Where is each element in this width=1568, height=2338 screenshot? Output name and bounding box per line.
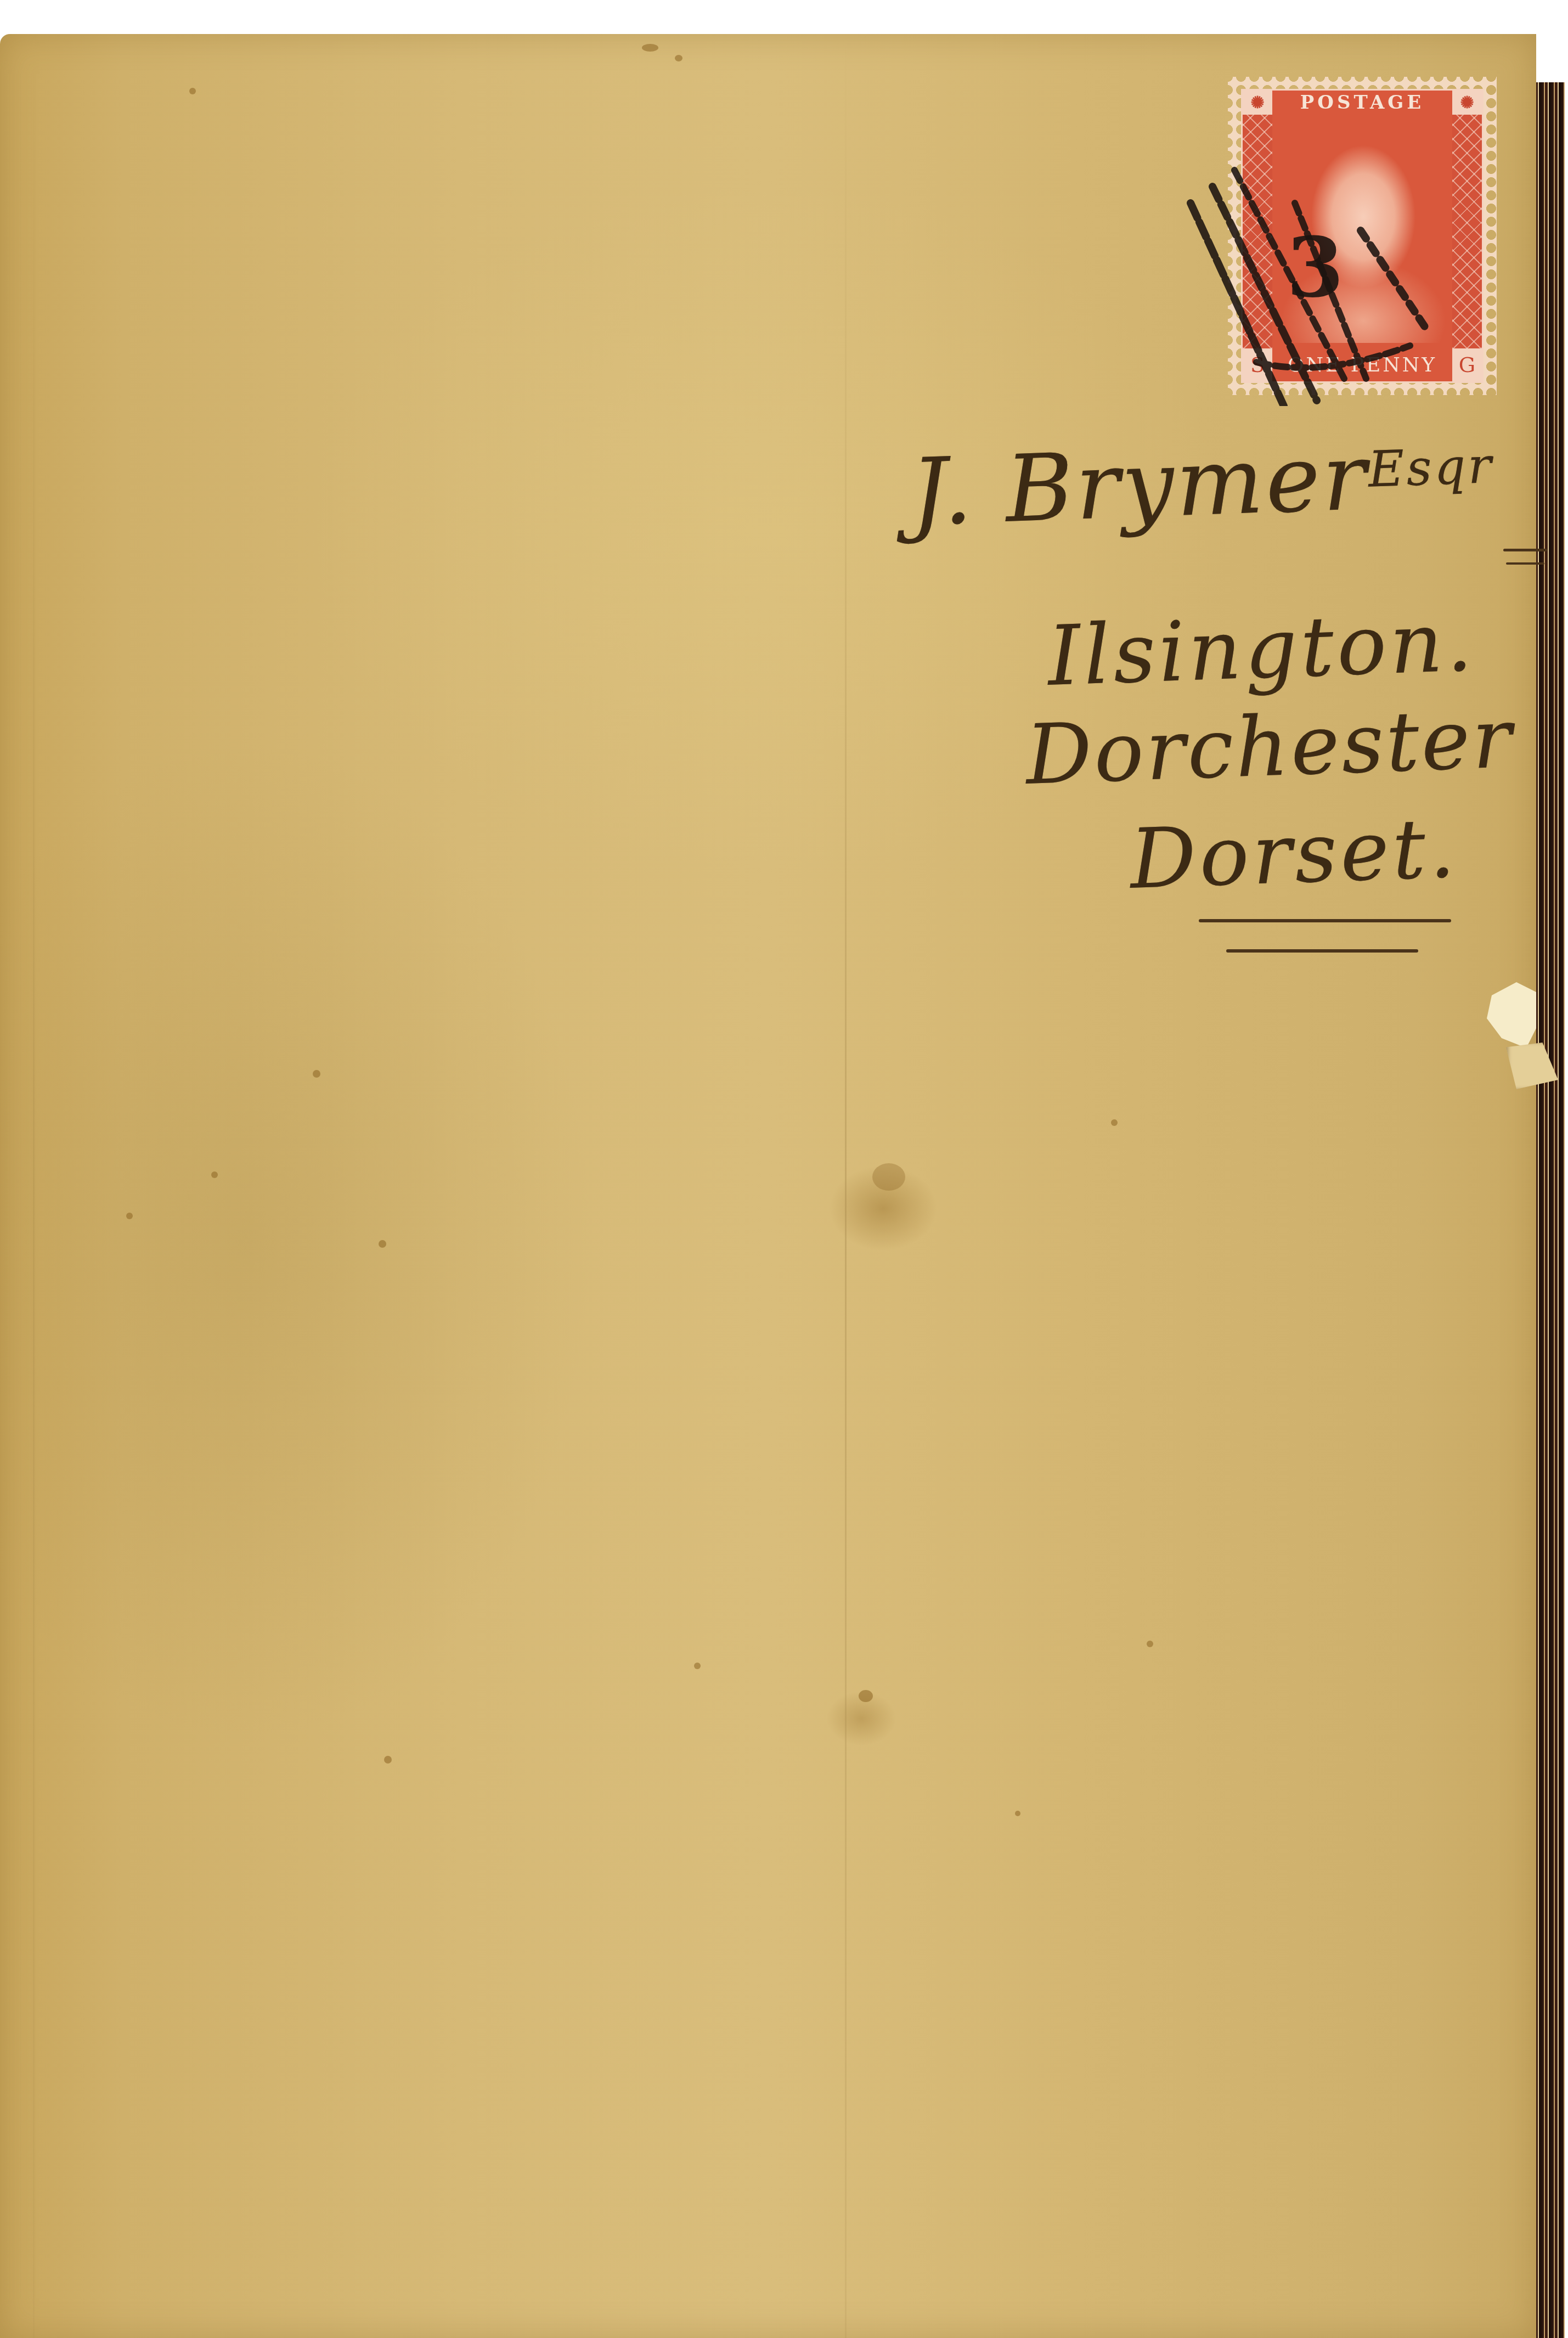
stamp-star-icon: ✺	[1452, 91, 1482, 115]
stain-spot	[872, 1163, 905, 1191]
stamp-corner-letter-left: S	[1243, 348, 1272, 381]
foxing-spot	[379, 1240, 386, 1248]
stamp-star-icon: ✺	[1243, 91, 1272, 115]
foxing-spot	[1147, 1641, 1153, 1647]
foxing-spot	[694, 1663, 701, 1669]
address-line-county: Dorset.	[1129, 801, 1460, 908]
address-line-city: Dorchester	[1024, 691, 1515, 803]
foxing-spot	[384, 1756, 392, 1764]
stamp-postage-label: POSTAGE	[1272, 92, 1452, 114]
stamp-corner-letter-right: G	[1452, 348, 1482, 381]
postage-stamp: ✺ POSTAGE ✺ S ONE PENNY G	[1241, 89, 1484, 383]
addressee-name: J. BrymerEsqr	[909, 419, 1496, 547]
honorific-underline	[1503, 549, 1547, 551]
foxing-spot	[211, 1171, 218, 1178]
foxing-spot	[189, 88, 196, 94]
stamp-value-label: ONE PENNY	[1272, 354, 1452, 376]
foxing-spot	[313, 1070, 320, 1078]
stamp-left-border	[1243, 115, 1272, 348]
foxing-spot	[642, 44, 658, 52]
addressee-honorific: Esqr	[1367, 437, 1494, 499]
foxing-spot	[126, 1213, 133, 1219]
stamp-top-band: ✺ POSTAGE ✺	[1243, 91, 1482, 115]
scanned-document: ✺ POSTAGE ✺ S ONE PENNY G 3 J. BrymerEsq…	[0, 0, 1568, 2338]
foxing-spot	[1111, 1119, 1118, 1126]
queen-portrait-icon	[1281, 123, 1446, 343]
address-underline	[1226, 949, 1418, 953]
foxing-spot	[675, 55, 683, 61]
addressee-name-text: J. Brymer	[909, 423, 1370, 547]
foxing-spot	[859, 1690, 873, 1702]
foxing-spot	[1015, 1811, 1020, 1816]
fold-crease	[845, 34, 847, 2338]
fold-crease-left	[33, 34, 35, 2338]
stamp-right-border	[1452, 115, 1482, 348]
honorific-underline	[1506, 562, 1544, 565]
address-line-town: Ilsington.	[1046, 594, 1477, 705]
address-underline	[1199, 919, 1451, 922]
stamp-bottom-band: S ONE PENNY G	[1243, 348, 1482, 381]
